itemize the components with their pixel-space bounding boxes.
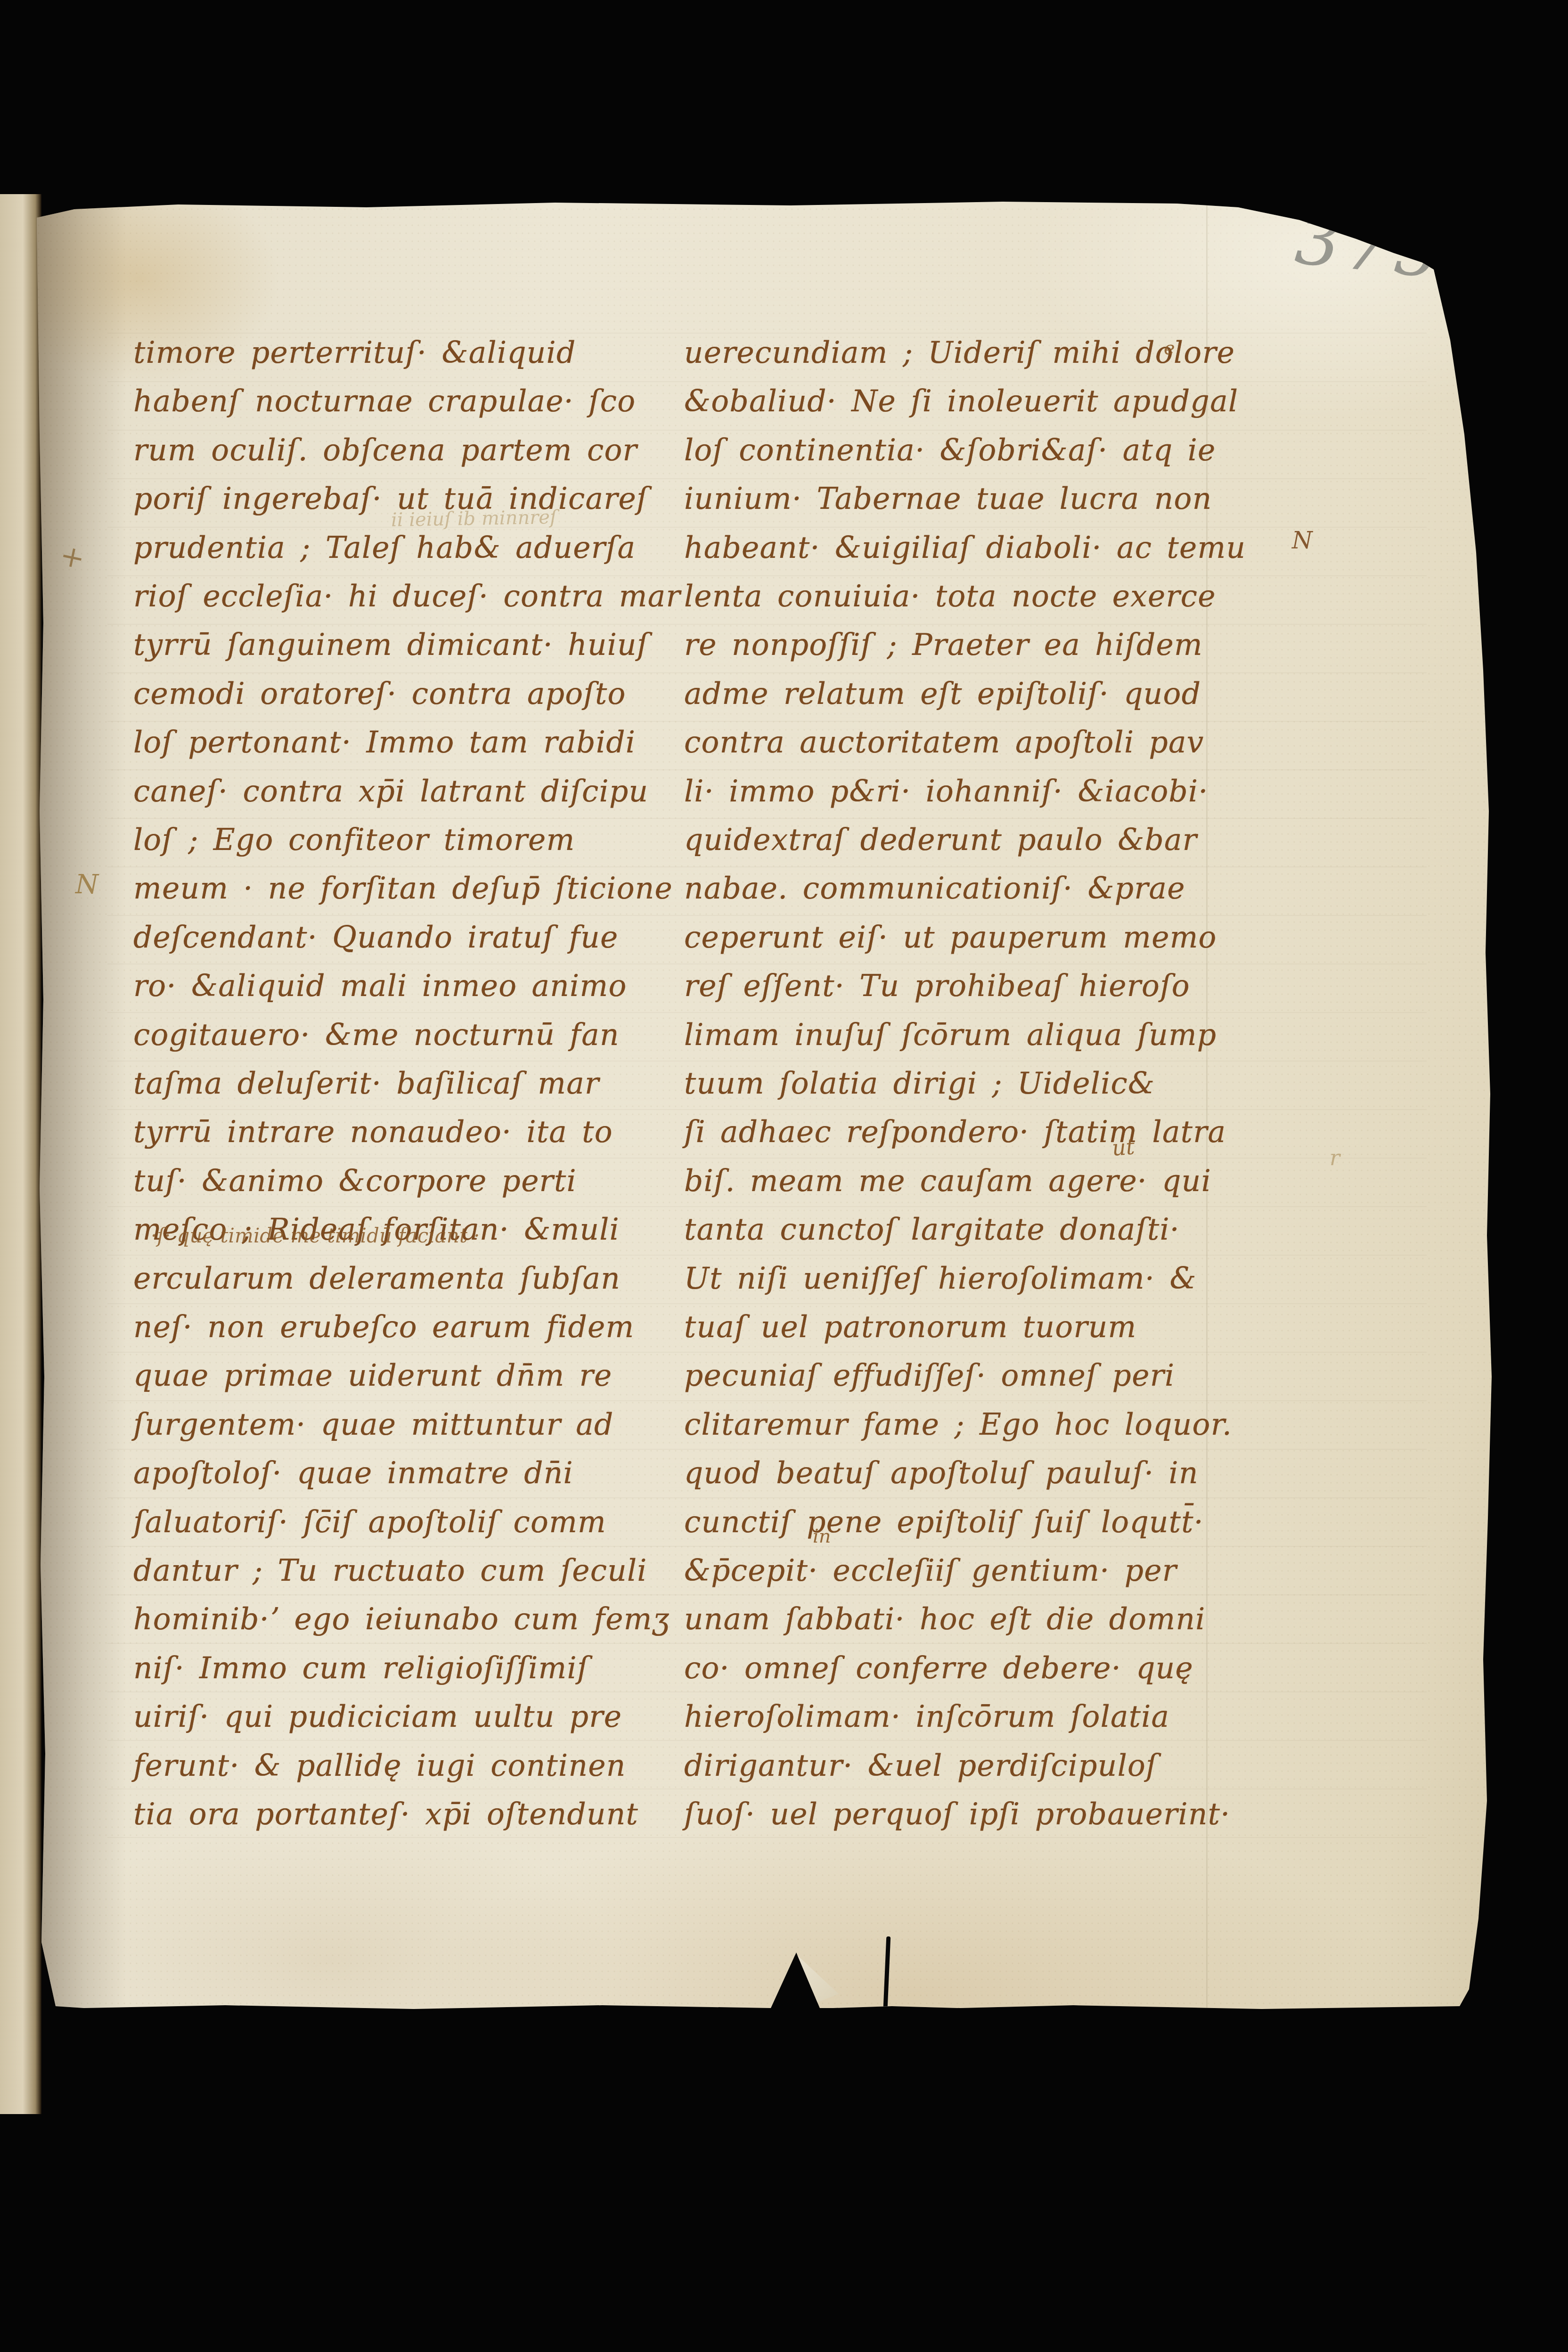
manuscript-line: adme relatum eſt epiſtoliſ· quod xyxy=(684,677,1201,711)
manuscript-line: cemodi oratoreſ· contra apoſto xyxy=(133,677,626,711)
manuscript-page: 375 timore perterrituſ· &aliquidhabenſ n… xyxy=(37,199,1500,2014)
manuscript-line: lenta conuiuia· tota nocte exerce xyxy=(684,579,1216,613)
manuscript-line: timore perterrituſ· &aliquid xyxy=(133,335,576,370)
manuscript-line: ſaluatoriſ· ſc̄iſ apoſtoliſ comm xyxy=(133,1505,606,1539)
manuscript-line: ſuoſ· uel perquoſ ipſi probauerint· xyxy=(684,1797,1230,1831)
margin-mark: N xyxy=(1292,527,1313,554)
manuscript-line: dantur ; Tu ructuato cum ſeculi xyxy=(133,1553,647,1588)
manuscript-line: re nonpoſſiſ ; Praeter ea hiſdem xyxy=(684,628,1203,662)
manuscript-line: deſcendant· Quando iratuſ fue xyxy=(133,920,619,955)
gloss: ut xyxy=(1111,1134,1135,1160)
manuscript-line: caneſ· contra xp̄i latrant diſcipu xyxy=(133,774,648,808)
text-column-right: uerecundiam ; Uideriſ mihi dolore&obaliu… xyxy=(684,335,1273,1883)
manuscript-line: ro· &aliquid mali inmeo animo xyxy=(133,969,627,1003)
manuscript-line: contra auctoritatem apoſtoli pav xyxy=(684,725,1204,759)
manuscript-line: cogitauero· &me nocturnū fan xyxy=(133,1018,620,1052)
manuscript-line: apoſtoloſ· quae inmatre dn̄i xyxy=(133,1456,573,1490)
manuscript-line: loſ pertonant· Immo tam rabidi xyxy=(133,725,636,759)
margin-mark: r xyxy=(1330,1145,1340,1170)
manuscript-line: &p̄cepit· eccleſiiſ gentium· per xyxy=(684,1553,1177,1588)
manuscript-line: quidextraſ dederunt paulo &bar xyxy=(684,823,1197,857)
gutter-shadow xyxy=(37,199,126,2014)
manuscript-line: iunium· Tabernae tuae lucra non xyxy=(684,482,1212,516)
folio-number: 375 xyxy=(1292,198,1449,295)
manuscript-line: reſ eſſent· Tu prohibeaſ hieroſo xyxy=(684,969,1190,1003)
manuscript-line: loſ continentia· &ſobri&aſ· atq ie xyxy=(684,433,1216,467)
manuscript-line: habeant· &uigiliaſ diaboli· ac temu xyxy=(684,531,1246,565)
text-column-left: timore perterrituſ· &aliquidhabenſ noctu… xyxy=(133,335,722,1883)
manuscript-line: uerecundiam ; Uideriſ mihi dolore xyxy=(684,335,1235,370)
manuscript-line: tanta cunctoſ largitate donaſti· xyxy=(684,1212,1180,1247)
manuscript-line: loſ ; Ego confiteor timorem xyxy=(133,823,575,857)
manuscript-line: ferunt· & pallidę iugi continen xyxy=(133,1748,626,1783)
manuscript-line: cunctiſ pene epiſtoliſ ſuiſ loqutt̄· xyxy=(684,1505,1204,1539)
gloss: in xyxy=(813,1526,831,1547)
manuscript-line: neſ· non erubeſco earum fidem xyxy=(133,1310,634,1344)
manuscript-line: hieroſolimam· inſcōrum ſolatia xyxy=(684,1699,1169,1734)
manuscript-line: Ut niſi ueniſſeſ hieroſolimam· & xyxy=(684,1261,1197,1296)
manuscript-line: rum oculiſ. obſcena partem cor xyxy=(133,433,637,467)
manuscript-line: taſma deluſerit· baſilicaſ mar xyxy=(133,1066,599,1101)
manuscript-line: tuaſ uel patronorum tuorum xyxy=(684,1310,1137,1344)
manuscript-line: ſi adhaec reſpondero· ſtatim latra xyxy=(684,1115,1226,1149)
photo-stage: 375 timore perterrituſ· &aliquidhabenſ n… xyxy=(0,0,1568,2352)
manuscript-line: tuſ· &animo &corpore perti xyxy=(133,1164,577,1198)
manuscript-line: unam ſabbati· hoc eſt die domni xyxy=(684,1602,1206,1636)
manuscript-line: niſ· Immo cum religioſiſſimiſ xyxy=(133,1651,588,1685)
manuscript-line: rioſ eccleſia· hi duceſ· contra mar xyxy=(133,579,681,613)
manuscript-line: li· immo p&ri· iohanniſ· &iacobi· xyxy=(684,774,1209,808)
manuscript-line: ceperunt eiſ· ut pauperum memo xyxy=(684,920,1217,955)
manuscript-line: quae primae uiderunt dn̄m re xyxy=(133,1358,612,1393)
tear-slit xyxy=(883,1936,891,2008)
manuscript-line: biſ. meam me cauſam agere· qui xyxy=(684,1164,1211,1198)
manuscript-line: co· omneſ conferre debere· quę xyxy=(684,1651,1193,1685)
gloss: ii ieiuſ ib minnreſ xyxy=(391,506,557,531)
manuscript-line: hominib·ʼ ego ieiunabo cum femʒ xyxy=(133,1602,670,1636)
tear-flap xyxy=(772,1951,842,2009)
manuscript-line: tia ora portanteſ· xp̄i oſtendunt xyxy=(133,1797,638,1831)
manuscript-line: limam inuſuſ ſcōrum aliqua ſump xyxy=(684,1018,1217,1052)
margin-mark: N xyxy=(75,869,98,900)
manuscript-line: habenſ nocturnae crapulae· ſco xyxy=(133,384,636,418)
manuscript-line: meum · ne forſitan deſup̄ ſticione xyxy=(133,871,673,906)
manuscript-line: &obaliud· Ne ſi inoleuerit apudgal xyxy=(684,384,1238,418)
manuscript-line: tyrrū ſanguinem dimicant· huiuſ xyxy=(133,628,648,662)
manuscript-line: tyrrū intrare nonaudeo· ita to xyxy=(133,1115,613,1149)
manuscript-line: pecuniaſ effudiſſeſ· omneſ peri xyxy=(684,1358,1175,1393)
manuscript-line: ercularum deleramenta ſubſan xyxy=(133,1261,621,1296)
gloss: e xyxy=(1164,337,1175,359)
manuscript-line: prudentia ; Taleſ hab& aduerſa xyxy=(133,531,636,565)
manuscript-line: dirigantur· &uel perdiſcipuloſ xyxy=(684,1748,1158,1783)
gloss: ·ſ· quę timide me timidū faciant · xyxy=(151,1224,480,1247)
facing-page-edge xyxy=(0,194,41,2114)
manuscript-line: nabae. communicationiſ· &prae xyxy=(684,871,1185,906)
manuscript-line: uiriſ· qui pudiciciam uultu pre xyxy=(133,1699,622,1734)
manuscript-line: clitaremur fame ; Ego hoc loquor. xyxy=(684,1407,1232,1442)
manuscript-line: ſurgentem· quae mittuntur ad xyxy=(133,1407,614,1442)
manuscript-line: tuum ſolatia dirigi ; Uidelic& xyxy=(684,1066,1155,1101)
manuscript-line: quod beatuſ apoſtoluſ pauluſ· in xyxy=(684,1456,1199,1490)
